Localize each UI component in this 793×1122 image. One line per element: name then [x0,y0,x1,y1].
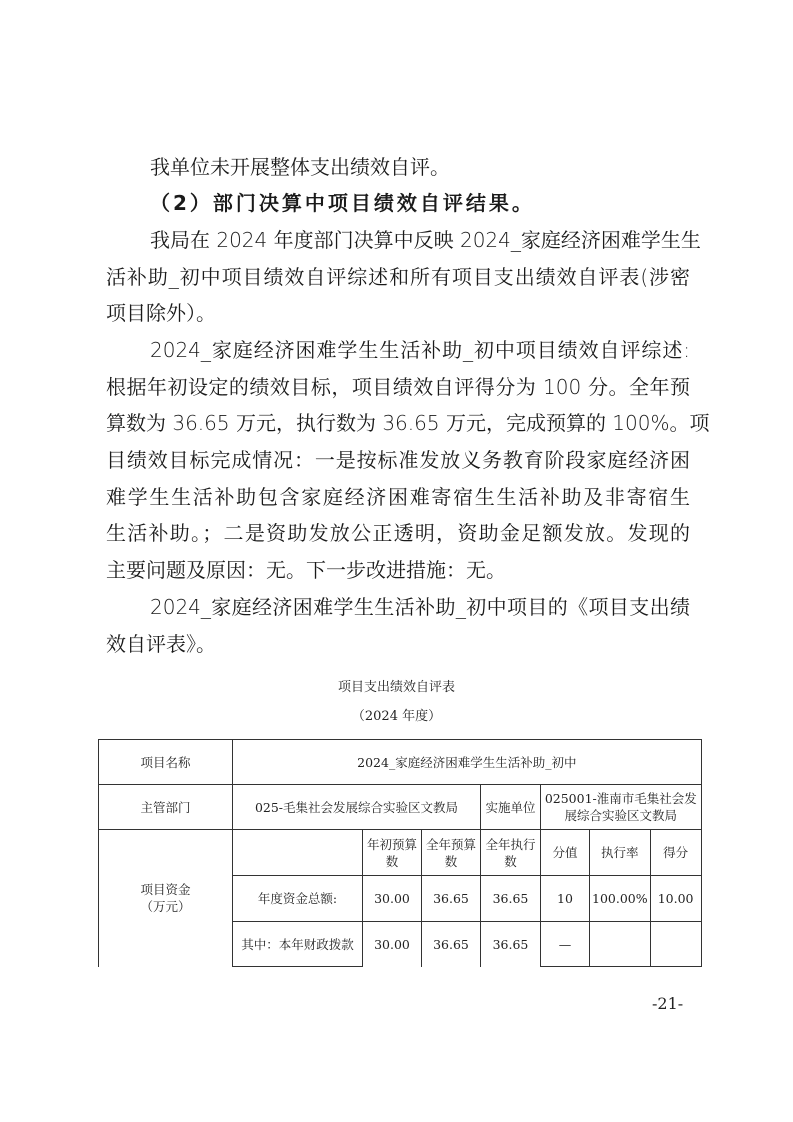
document-page: 我单位未开展整体支出绩效自评。 （2）部门决算中项目绩效自评结果。 我局在 20… [0,0,793,1122]
executed-value: 36.65 [481,876,541,922]
paragraph-line: 难学生生活补助包含家庭经济困难寄宿生生活补助及非寄宿生 [106,482,690,512]
paragraph-line: 算数为 36.65 万元，执行数为 36.65 万元，完成预算的 100%。项 [106,408,690,438]
row-name: 年度资金总额: [233,876,363,922]
header-execution-rate: 执行率 [590,830,651,876]
initial-budget-value: 30.00 [363,876,422,922]
weight-value: — [541,922,590,967]
header-score: 得分 [650,830,701,876]
implementing-unit-value: 025001-淮南市毛集社会发展综合实验区文教局 [541,785,702,830]
execution-rate-value [590,922,651,967]
header-initial-budget: 年初预算数 [363,830,422,876]
table-row-department: 主管部门 025-毛集社会发展综合实验区文教局 实施单位 025001-淮南市毛… [99,785,702,830]
table-year: （2024 年度） [0,705,793,724]
annual-budget-value: 36.65 [422,876,481,922]
row-name: 其中：本年财政拨款 [233,922,363,967]
score-value: 10.00 [650,876,701,922]
department-value: 025-毛集社会发展综合实验区文教局 [233,785,481,830]
header-blank [233,830,363,876]
executed-value: 36.65 [481,922,541,967]
section-heading: （2）部门决算中项目绩效自评结果。 [150,188,535,218]
annual-budget-value: 36.65 [422,922,481,967]
funds-label-line2: （万元） [140,899,190,914]
page-number: -21- [652,994,683,1013]
department-label: 主管部门 [99,785,233,830]
initial-budget-value: 30.00 [363,922,422,967]
header-executed: 全年执行数 [481,830,541,876]
paragraph-line: 主要问题及原因：无。下一步改进措施：无。 [106,555,690,585]
project-name-label: 项目名称 [99,740,233,785]
performance-evaluation-table: 项目名称 2024_家庭经济困难学生生活补助_初中 主管部门 025-毛集社会发… [98,739,702,967]
paragraph-line: 根据年初设定的绩效目标，项目绩效自评得分为 100 分。全年预 [106,372,690,402]
execution-rate-value: 100.00% [590,876,651,922]
paragraph-line: 我单位未开展整体支出绩效自评。 [150,152,690,182]
header-weight: 分值 [541,830,590,876]
paragraph-line: 我局在 2024 年度部门决算中反映 2024_家庭经济困难学生生 [150,225,690,255]
paragraph-line: 活补助_初中项目绩效自评综述和所有项目支出绩效自评表(涉密 [106,262,690,292]
table-row-funds-header: 项目资金 （万元） 年初预算数 全年预算数 全年执行数 分值 执行率 得分 [99,830,702,876]
paragraph-line: 效自评表》。 [106,629,690,659]
table-title: 项目支出绩效自评表 [0,676,793,695]
paragraph-line: 项目除外）。 [106,298,690,328]
paragraph-line: 2024_家庭经济困难学生生活补助_初中项目的《项目支出绩 [150,592,690,622]
paragraph-line: 目绩效目标完成情况：一是按标准发放义务教育阶段家庭经济困 [106,445,690,475]
weight-value: 10 [541,876,590,922]
funds-label: 项目资金 （万元） [99,830,233,967]
paragraph-line: 2024_家庭经济困难学生生活补助_初中项目绩效自评综述: [150,335,690,365]
score-value [650,922,701,967]
paragraph-line: 生活补助。；二是资助发放公正透明，资助金足额发放。发现的 [106,518,690,548]
implementing-unit-label: 实施单位 [481,785,541,830]
header-annual-budget: 全年预算数 [422,830,481,876]
table-row-project-name: 项目名称 2024_家庭经济困难学生生活补助_初中 [99,740,702,785]
project-name-value: 2024_家庭经济困难学生生活补助_初中 [233,740,702,785]
funds-label-line1: 项目资金 [140,882,190,897]
